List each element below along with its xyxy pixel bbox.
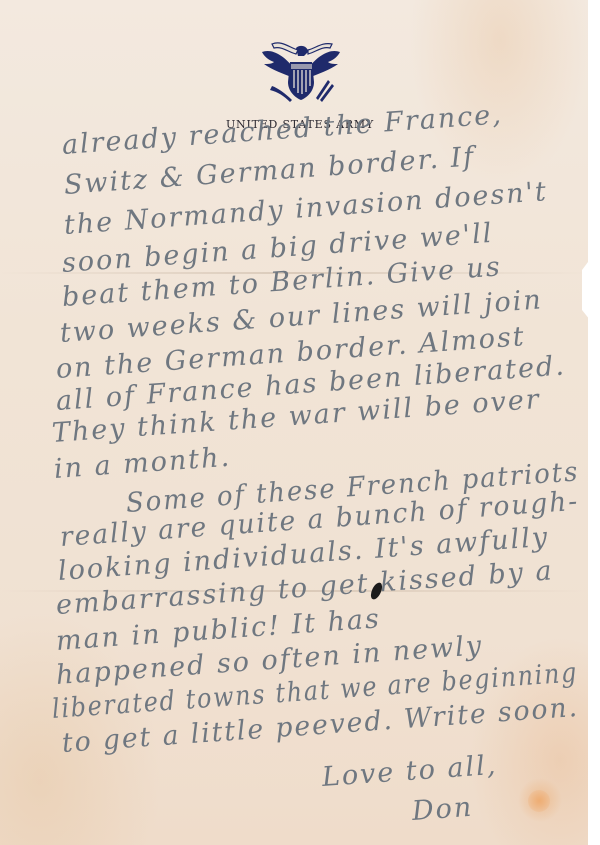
us-army-eagle-crest-icon [258,38,344,110]
letter-line: in a month. [53,442,232,485]
letter-paper: UNITED STATES ARMY already reached the F… [0,0,588,845]
letter-signature: Don [411,792,474,827]
paper-stain [528,790,550,812]
letter-closing: Love to all, [321,750,498,793]
